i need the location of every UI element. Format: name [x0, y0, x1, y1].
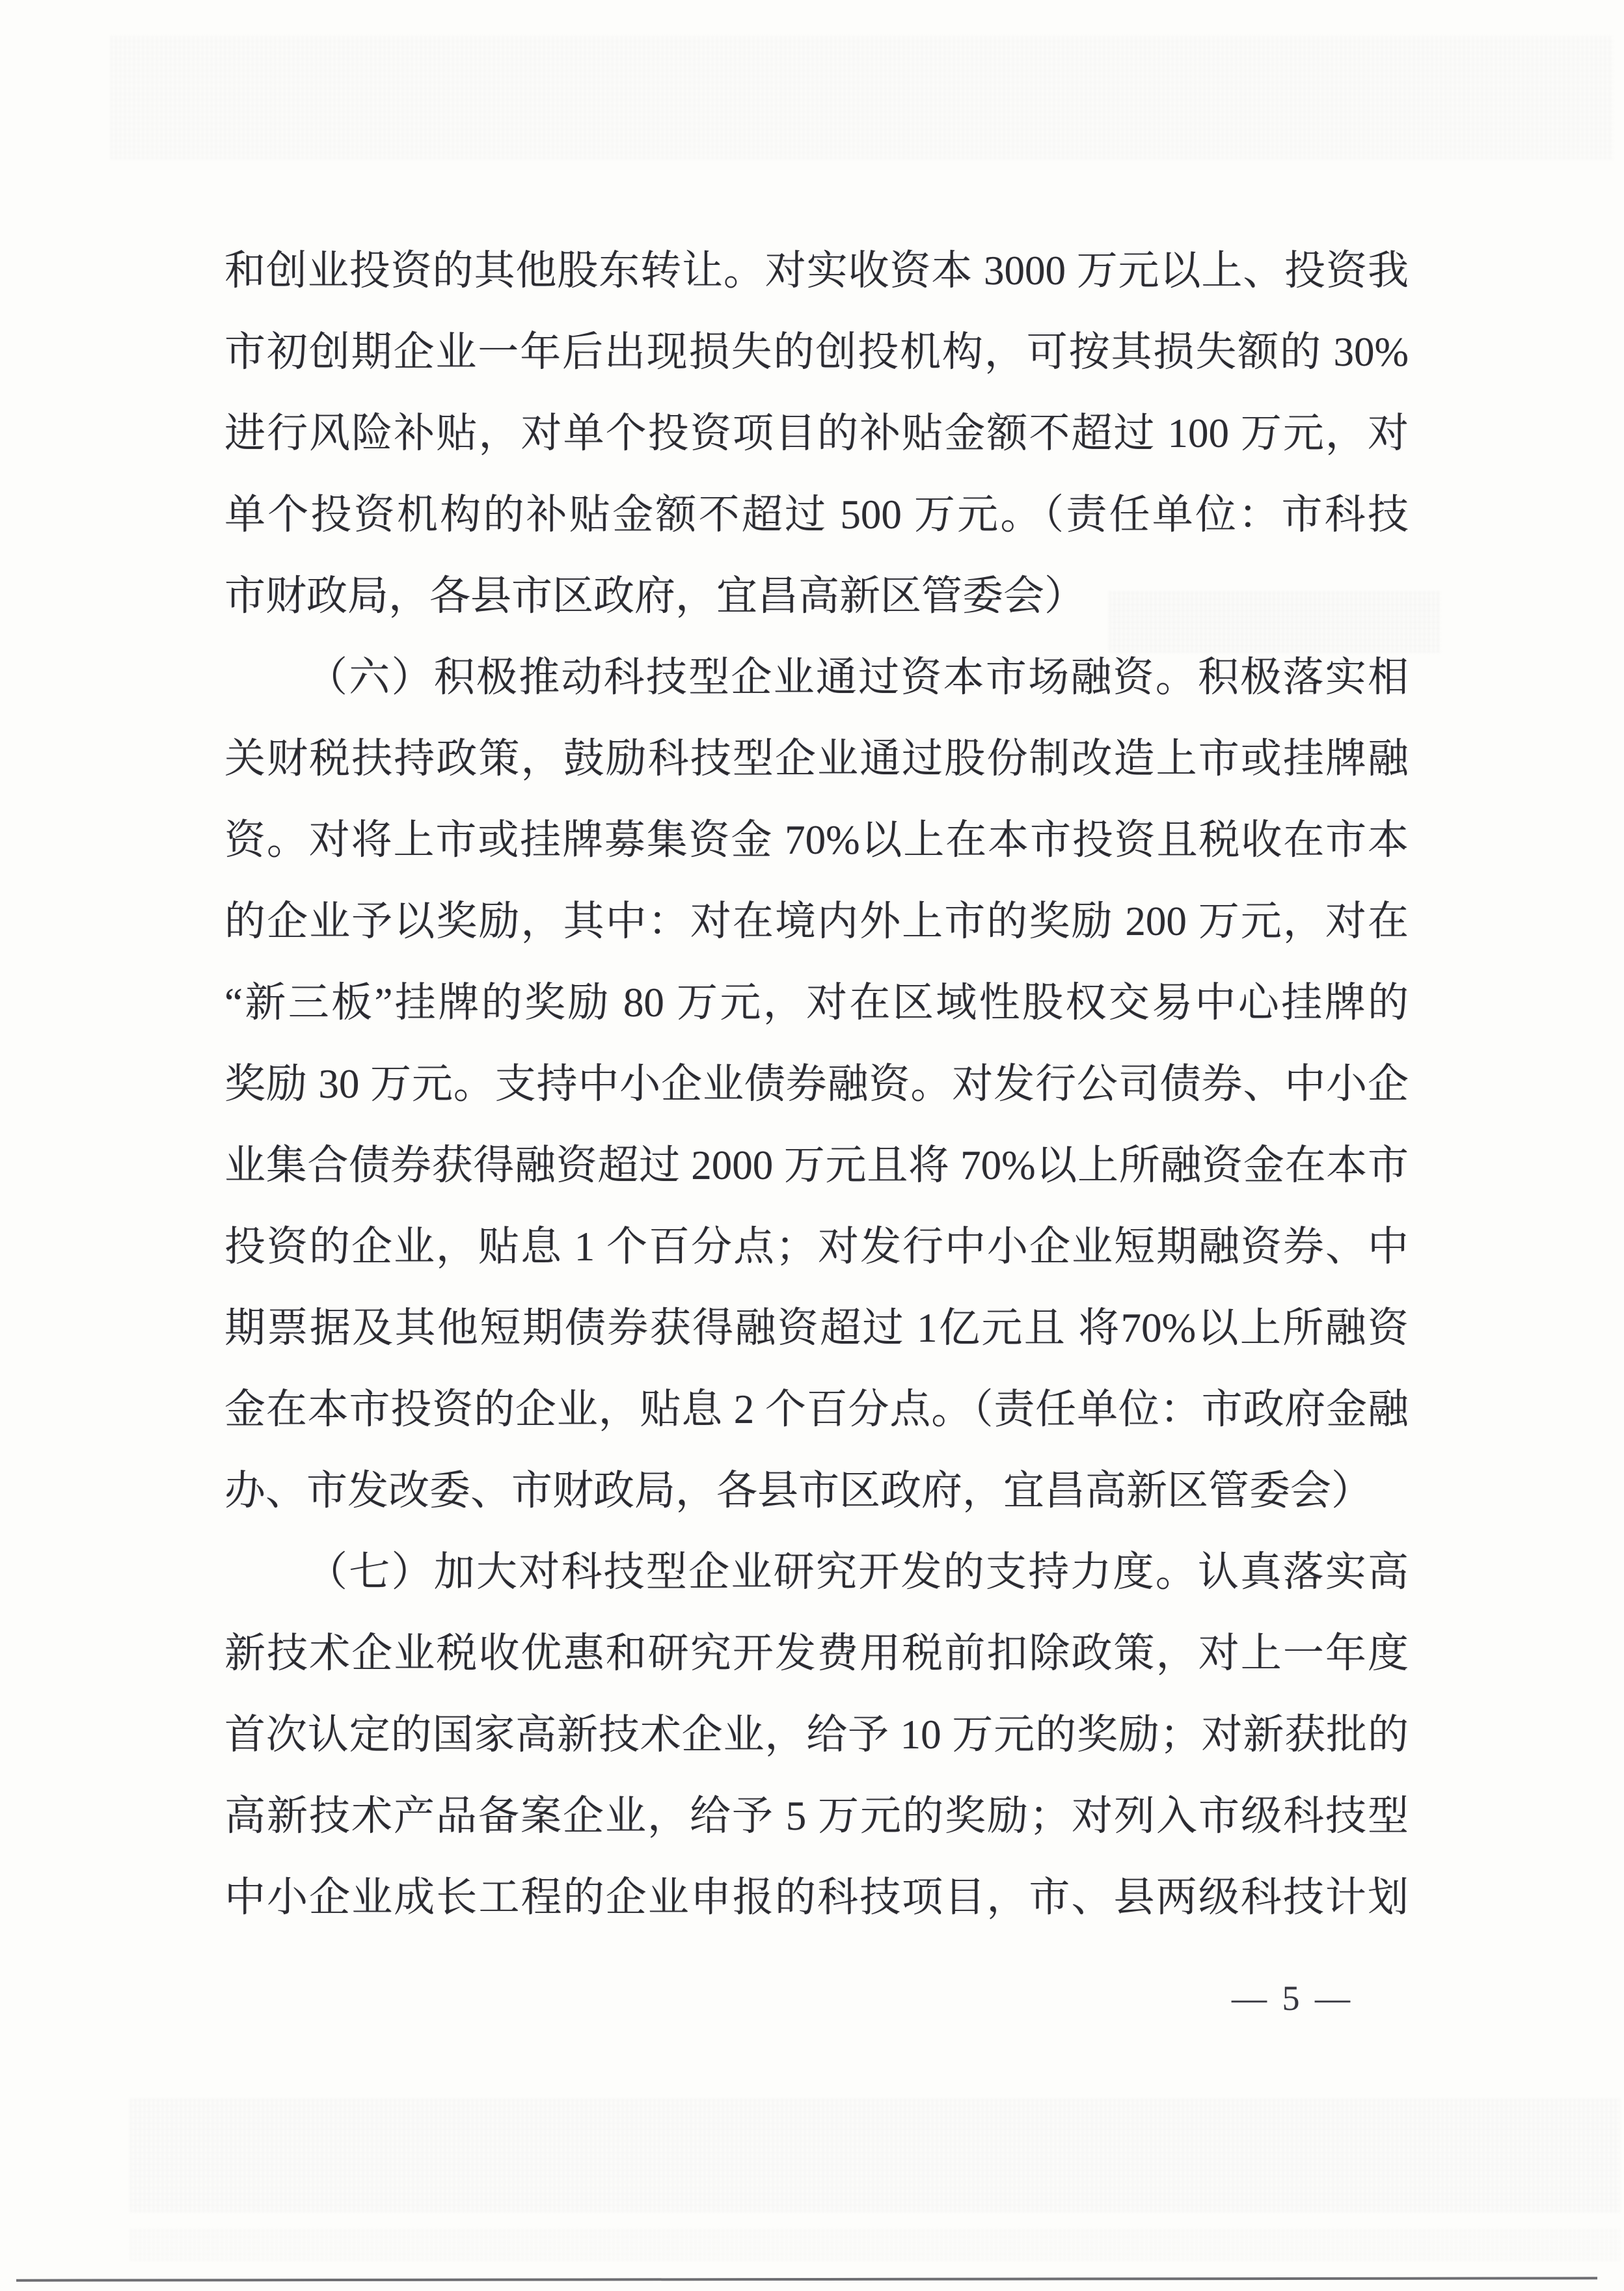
body-text-line: 中小企业成长工程的企业申报的科技项目，市、县两级科技计划 [224, 1857, 1409, 1938]
body-text-line: 进行风险补贴，对单个投资项目的补贴金额不超过 100 万元，对 [224, 393, 1409, 474]
body-text-line: 期票据及其他短期债券获得融资超过 1亿元且 将70%以上所融资 [224, 1288, 1409, 1369]
body-text-line: 金在本市投资的企业，贴息 2 个百分点。（责任单位：市政府金融 [224, 1369, 1409, 1450]
body-text-line: 业集合债券获得融资超过 2000 万元且将 70%以上所融资金在本市 [224, 1125, 1409, 1206]
page-number: — 5 — [1232, 1978, 1353, 2018]
body-text-line: 办、市发改委、市财政局，各县市区政府，宜昌高新区管委会） [224, 1450, 1409, 1532]
bleed-through-artifact-bottom [130, 2098, 1620, 2212]
body-text-line: 资。对将上市或挂牌募集资金 70%以上在本市投资且税收在市本级 [224, 800, 1409, 881]
body-text-block: 和创业投资的其他股东转让。对实收资本 3000 万元以上、投资我 市初创期企业一… [224, 230, 1409, 1938]
body-text-line: （六）积极推动科技型企业通过资本市场融资。积极落实相 [224, 637, 1409, 718]
document-page: 和创业投资的其他股东转让。对实收资本 3000 万元以上、投资我 市初创期企业一… [0, 0, 1624, 2291]
body-text-line: 奖励 30 万元。支持中小企业债券融资。对发行公司债券、中小企 [224, 1044, 1409, 1125]
body-text-line: 市财政局，各县市区政府，宜昌高新区管委会） [224, 556, 1409, 637]
body-text-line: 关财税扶持政策，鼓励科技型企业通过股份制改造上市或挂牌融 [224, 718, 1409, 800]
body-text-line: 的企业予以奖励，其中：对在境内外上市的奖励 200 万元，对在 [224, 881, 1409, 962]
body-text-line: 市初创期企业一年后出现损失的创投机构，可按其损失额的 30% [224, 312, 1409, 393]
body-text-line: 单个投资机构的补贴金额不超过 500 万元。（责任单位：市科技局、 [224, 474, 1409, 556]
body-text-line: 投资的企业，贴息 1 个百分点；对发行中小企业短期融资券、中 [224, 1206, 1409, 1288]
body-text-line: 和创业投资的其他股东转让。对实收资本 3000 万元以上、投资我 [224, 230, 1409, 312]
bleed-through-artifact-top [111, 36, 1614, 159]
body-text-line: （七）加大对科技型企业研究开发的支持力度。认真落实高 [224, 1532, 1409, 1613]
bleed-through-artifact-bottom-2 [130, 2229, 1620, 2261]
body-text-line: 首次认定的国家高新技术企业，给予 10 万元的奖励；对新获批的 [224, 1694, 1409, 1776]
body-text-line: “新三板”挂牌的奖励 80 万元，对在区域性股权交易中心挂牌的 [224, 962, 1409, 1044]
body-text-line: 新技术企业税收优惠和研究开发费用税前扣除政策，对上一年度 [224, 1613, 1409, 1694]
scan-edge-rule [16, 2277, 1597, 2281]
body-text-line: 高新技术产品备案企业，给予 5 万元的奖励；对列入市级科技型 [224, 1776, 1409, 1857]
